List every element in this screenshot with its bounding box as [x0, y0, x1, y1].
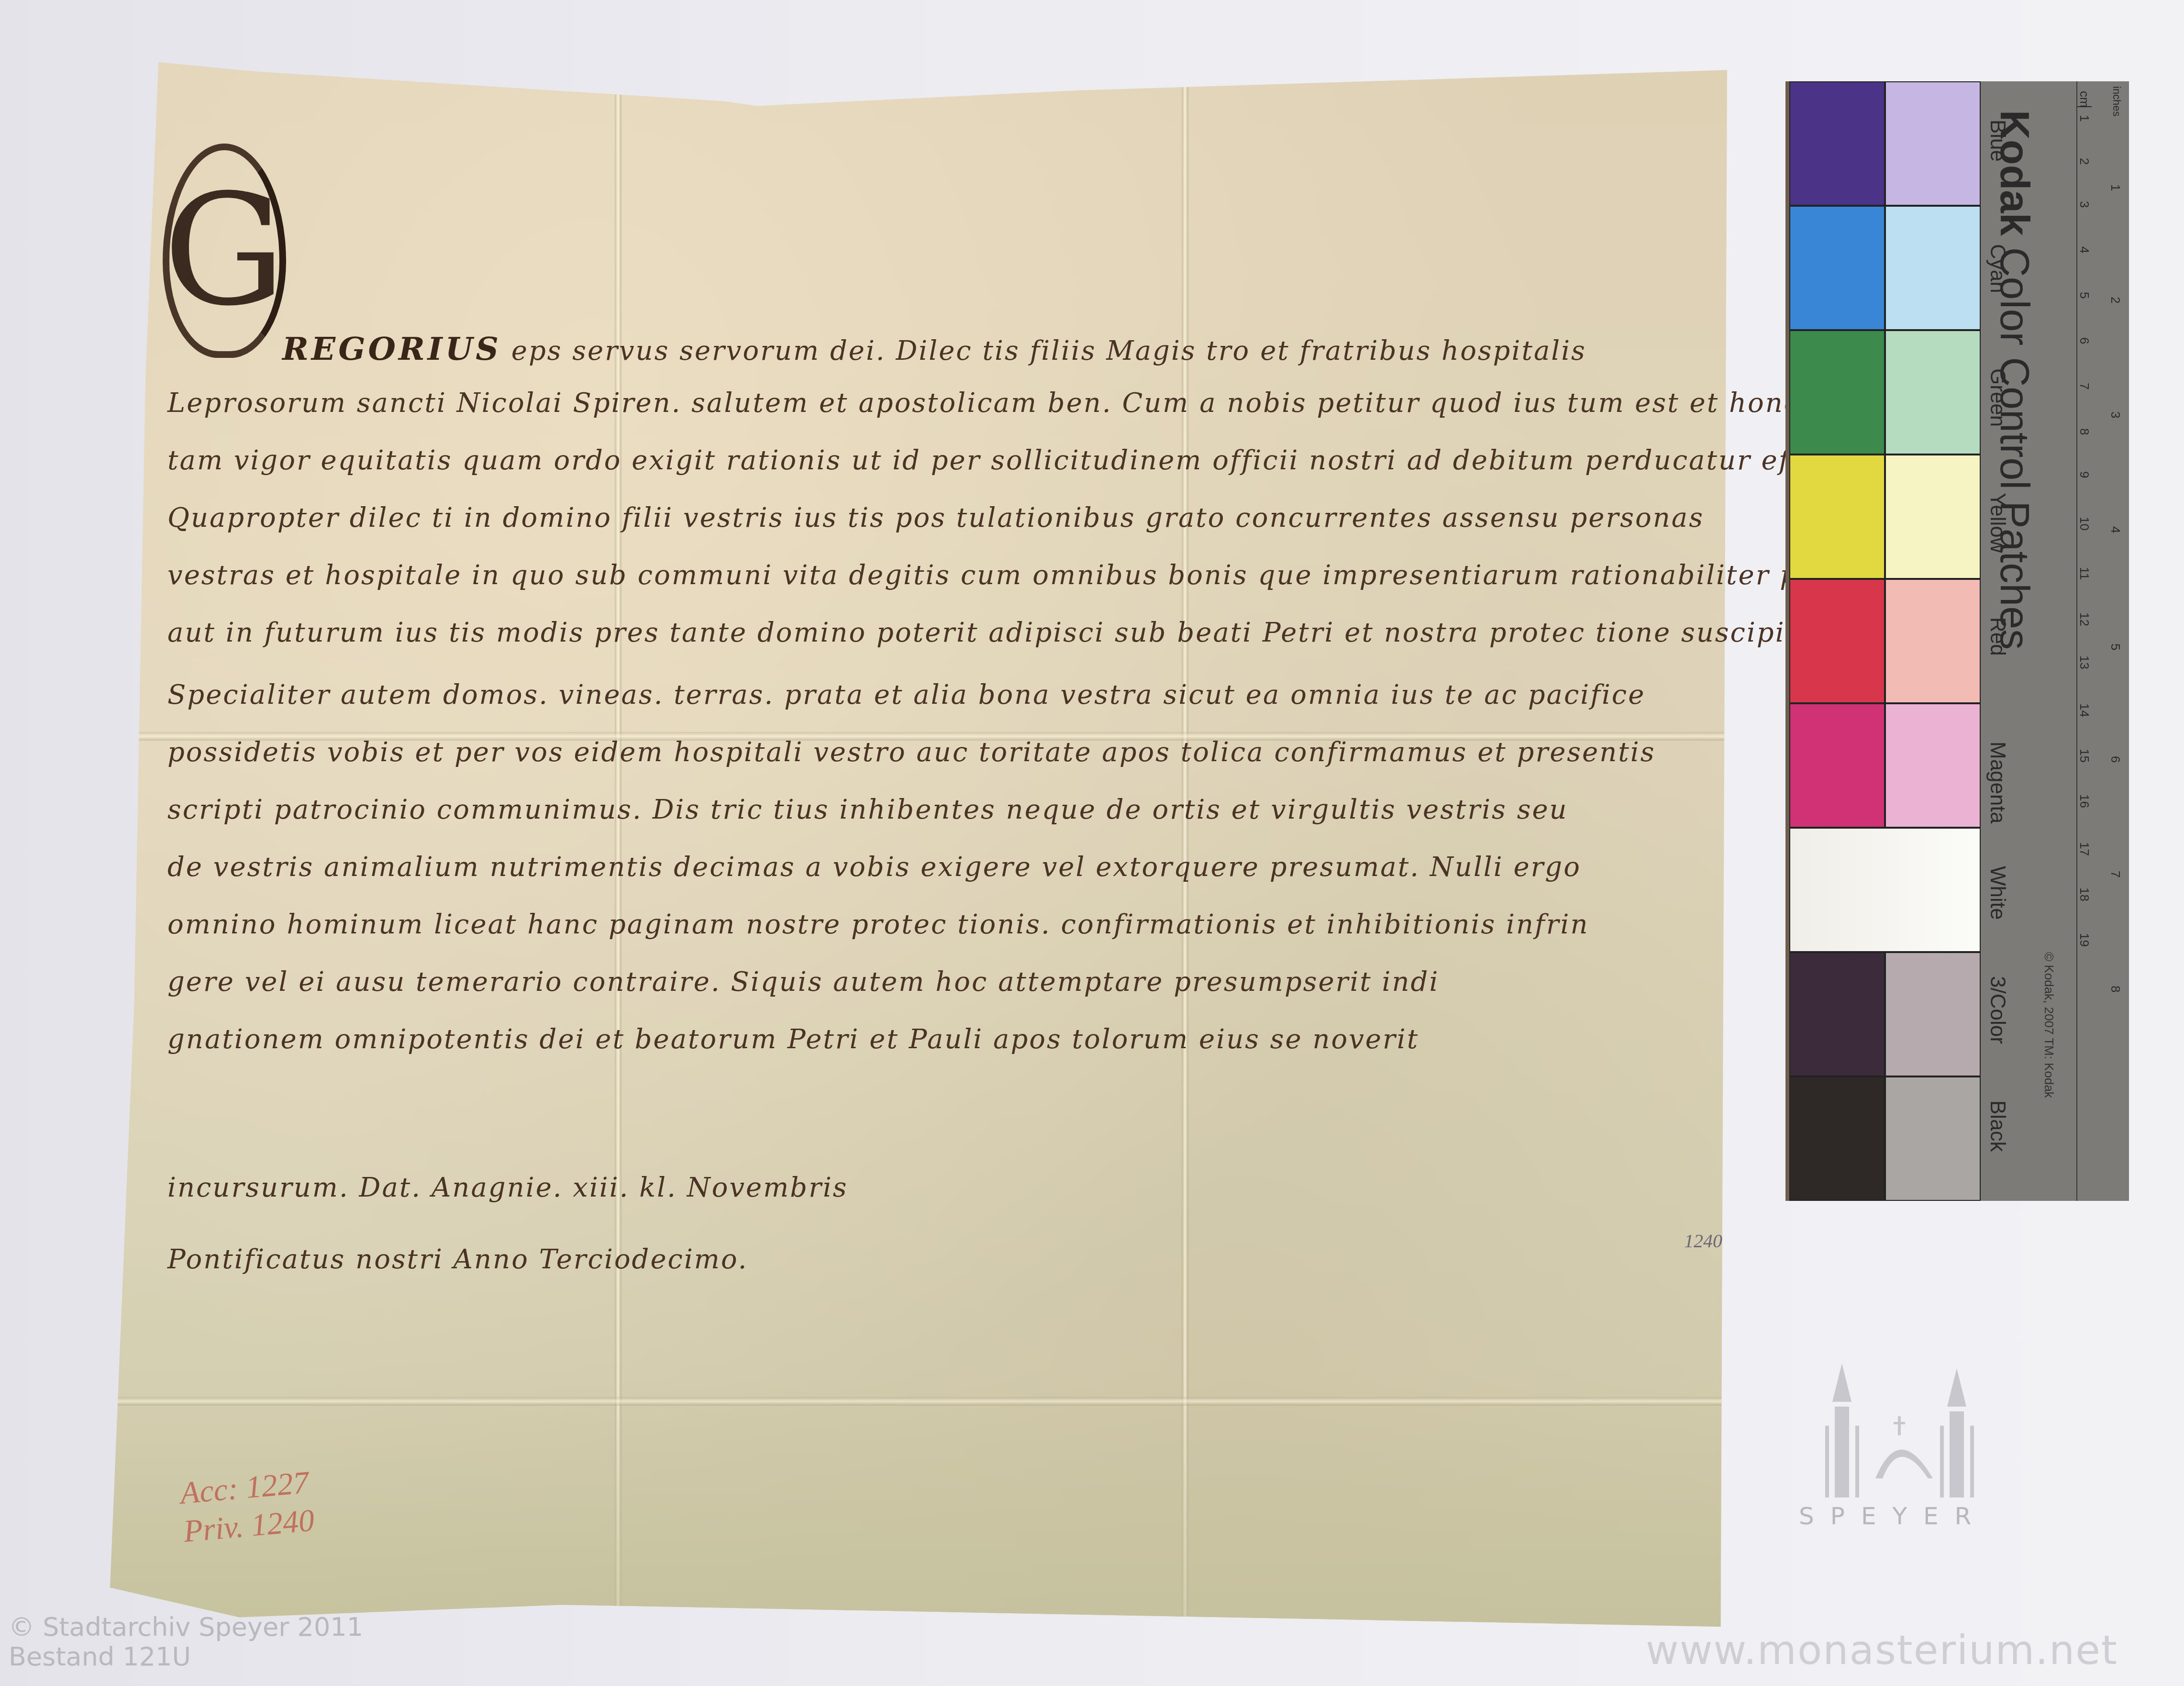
kodak-label-strip: Blue Cyan Green Yellow Red Magenta White… [1981, 81, 2129, 1201]
inch-1: 1 [2108, 184, 2123, 191]
inch-5: 5 [2108, 643, 2123, 650]
label-magenta: Magenta [1985, 742, 2009, 823]
plica-fold-band [110, 1378, 1727, 1627]
text-line-pontificate: Pontificatus nostri Anno Terciodecimo. [167, 1244, 748, 1275]
text-line-2: Leprosorum sancti Nicolai Spiren. salute… [167, 388, 1884, 419]
patch-magenta-dark [1789, 703, 1885, 828]
ruler-tick [2077, 106, 2092, 107]
cm-14: 14 [2077, 703, 2092, 717]
label-3color: 3/Color [1985, 976, 2009, 1044]
cm-13: 13 [2077, 655, 2092, 669]
inch-2: 2 [2108, 297, 2123, 303]
cm-2: 2 [2077, 158, 2092, 165]
kodak-copyright: © Kodak, 2007 TM: Kodak [2041, 952, 2056, 1098]
copyright-watermark: © Stadtarchiv Speyer 2011 Bestand 121U [9, 1612, 363, 1672]
inch-7: 7 [2108, 871, 2123, 877]
text-line-9: scripti patrocinio communimus. Dis tric … [167, 794, 1568, 825]
inch-8: 8 [2108, 986, 2123, 992]
kodak-title: Kodak Color Control Patches [1991, 110, 2038, 650]
ruler-inch-unit: inches [2110, 86, 2123, 117]
cm-11: 11 [2077, 567, 2092, 580]
patch-blue-dark [1789, 81, 1885, 206]
inch-3: 3 [2108, 411, 2123, 418]
copyright-line-2: Bestand 121U [9, 1642, 363, 1672]
text-line-5: vestras et hospitale in quo sub communi … [167, 560, 1905, 591]
line-text: eps servus servorum dei. Dilec tis filii… [511, 335, 1586, 366]
cm-8: 8 [2077, 428, 2092, 435]
label-black: Black [1985, 1100, 2009, 1152]
patch-red-dark [1789, 579, 1885, 703]
speyer-cathedral-logo-icon [1799, 1364, 2009, 1497]
patch-green-dark [1789, 330, 1885, 455]
patch-green-light [1885, 330, 1981, 455]
cm-4: 4 [2077, 246, 2092, 253]
patch-yellow-light [1885, 455, 1981, 579]
copyright-line-1: © Stadtarchiv Speyer 2011 [9, 1612, 363, 1642]
patch-yellow-dark [1789, 455, 1885, 579]
text-line-7: Specialiter autem domos. vineas. terras.… [167, 679, 1645, 710]
cm-19: 19 [2077, 933, 2092, 947]
cm-6: 6 [2077, 337, 2092, 344]
archival-note: Acc: 1227 Priv. 1240 [179, 1463, 316, 1551]
monasterium-url-watermark: www.monasterium.net [1646, 1627, 2118, 1674]
patch-black-dark [1789, 1076, 1885, 1201]
kodak-color-card: Blue Cyan Green Yellow Red Magenta White… [1789, 81, 2129, 1201]
cm-18: 18 [2077, 887, 2092, 901]
cm-3: 3 [2077, 201, 2092, 208]
text-line-6: aut in futurum ius tis modis pres tante … [167, 617, 1822, 648]
inch-4: 4 [2108, 526, 2123, 533]
patch-white [1789, 828, 1981, 952]
text-line-11: omnino hominum liceat hanc paginam nostr… [167, 909, 1589, 940]
text-line-8: possidetis vobis et per vos eidem hospit… [167, 737, 1655, 768]
patch-3color-dark [1789, 952, 1885, 1076]
cm-1: 1 [2077, 115, 2092, 122]
inch-6: 6 [2108, 756, 2123, 763]
text-line-1: REGORIUS eps servus servorum dei. Dilec … [282, 330, 1586, 367]
patch-cyan-dark [1789, 206, 1885, 330]
cm-16: 16 [2077, 794, 2092, 808]
label-white: White [1985, 866, 2009, 920]
ruler: cm inches 1 2 3 4 5 6 7 8 9 10 11 12 13 … [2076, 81, 2130, 1201]
cm-10: 10 [2077, 517, 2092, 531]
patch-cyan-light [1885, 206, 1981, 330]
patch-blue-light [1885, 81, 1981, 206]
patch-3color-light [1885, 952, 1981, 1076]
text-line-dating: incursurum. Dat. Anagnie. xiii. kl. Nove… [167, 1172, 848, 1203]
patch-magenta-light [1885, 703, 1981, 828]
cm-17: 17 [2077, 842, 2092, 856]
cm-12: 12 [2077, 612, 2092, 626]
cm-5: 5 [2077, 292, 2092, 299]
text-line-12: gere vel ei ausu temerario contraire. Si… [167, 966, 1439, 998]
cm-7: 7 [2077, 383, 2092, 389]
patch-red-light [1885, 579, 1981, 703]
text-line-10: de vestris animalium nutrimentis decimas… [167, 852, 1581, 883]
decorated-initial-letter: G [163, 144, 286, 358]
kodak-title-text: Color Control Patches [1992, 247, 2038, 650]
kodak-brand: Kodak [1992, 110, 2038, 236]
color-patch-grid [1789, 81, 1981, 1201]
speyer-watermark: SPEYER [1799, 1502, 1987, 1530]
text-line-13: gnationem omnipotentis dei et beatorum P… [167, 1024, 1419, 1055]
ruler-cm-unit: cm [2077, 91, 2092, 108]
first-word: REGORIUS [282, 330, 501, 367]
text-line-3: tam vigor equitatis quam ordo exigit rat… [167, 445, 1913, 476]
cm-9: 9 [2077, 471, 2092, 478]
marginal-date-note: 1240 [1684, 1230, 1722, 1252]
patch-black-light [1885, 1076, 1981, 1201]
cm-15: 15 [2077, 749, 2092, 763]
parchment-charter [110, 62, 1727, 1627]
text-line-4: Quapropter dilec ti in domino filii vest… [167, 502, 1704, 533]
